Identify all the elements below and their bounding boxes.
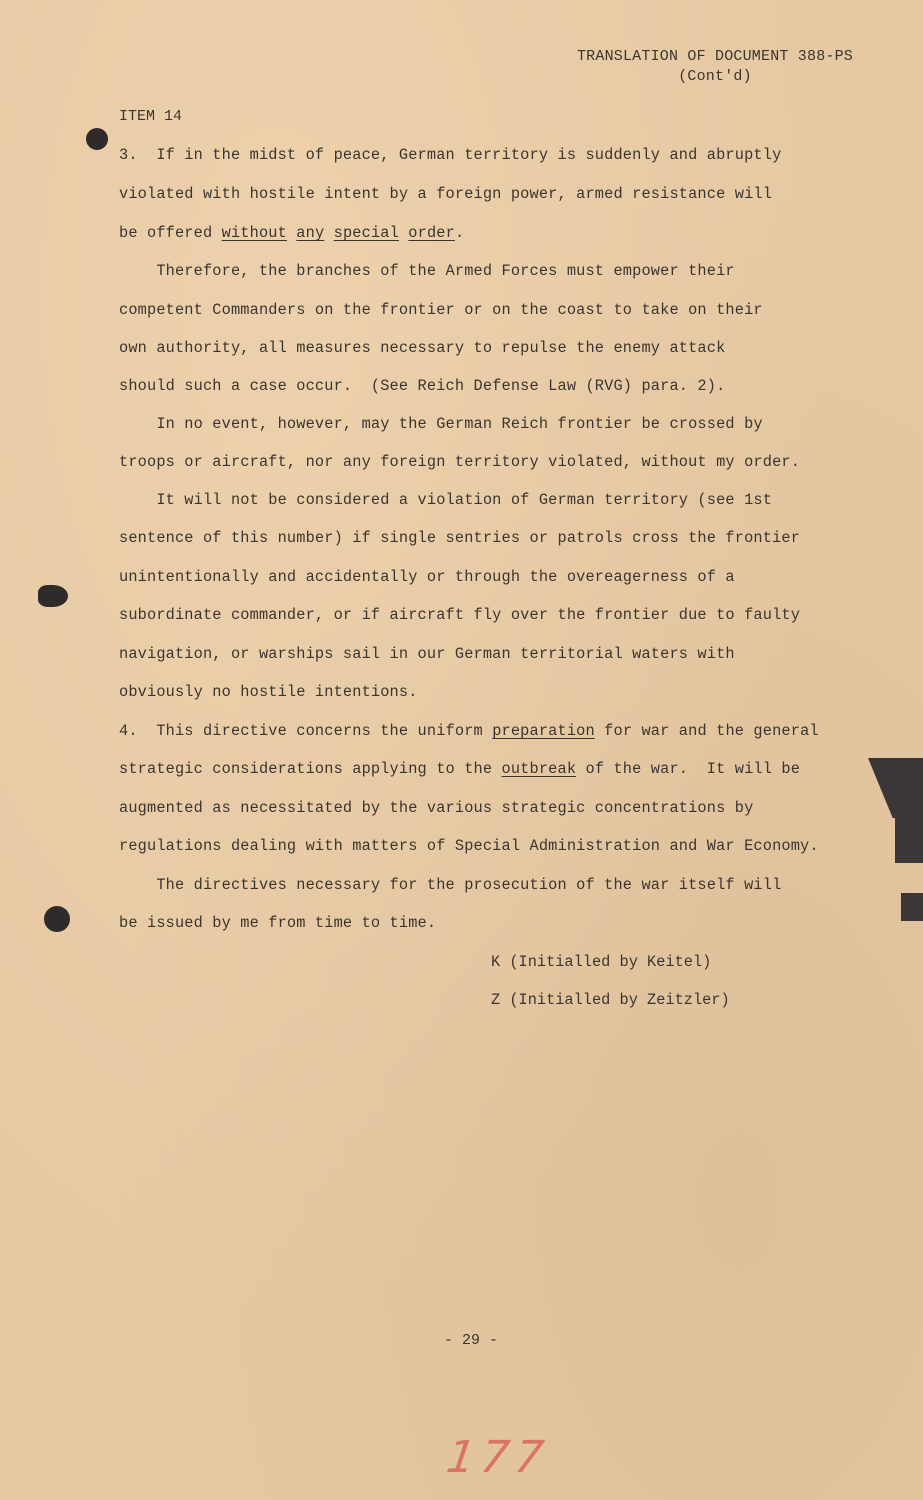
text-line: violated with hostile intent by a foreig… (119, 185, 772, 203)
text-line: be offered without any special order. (119, 224, 464, 242)
text-fragment: be offered (119, 224, 222, 242)
text-line: subordinate commander, or if aircraft fl… (119, 606, 800, 624)
torn-edge-icon (901, 893, 923, 921)
text-line: strategic considerations applying to the… (119, 760, 800, 778)
torn-edge-icon (895, 818, 923, 863)
text-line: own authority, all measures necessary to… (119, 339, 725, 357)
torn-edge-icon (868, 758, 923, 818)
text-fragment: for war and the general (595, 722, 819, 740)
underlined-word: any (296, 224, 324, 242)
underlined-word: special (334, 224, 399, 242)
period: . (455, 224, 464, 242)
text-fragment: strategic considerations applying to the (119, 760, 502, 778)
item-label: ITEM 14 (119, 108, 182, 125)
underlined-word: order (408, 224, 455, 242)
text-line: 4. This directive concerns the uniform p… (119, 722, 819, 740)
document-header: TRANSLATION OF DOCUMENT 388-PS (Cont'd) (560, 47, 870, 87)
underlined-word: without (222, 224, 287, 242)
stamp-number: 177 (443, 1432, 552, 1483)
punch-hole-icon (86, 128, 108, 150)
page-number: - 29 - (444, 1332, 498, 1349)
text-line: Therefore, the branches of the Armed For… (119, 262, 735, 280)
text-line: troops or aircraft, nor any foreign terr… (119, 453, 800, 471)
text-line: The directives necessary for the prosecu… (119, 876, 781, 894)
text-line: obviously no hostile intentions. (119, 683, 418, 701)
underlined-word: outbreak (502, 760, 577, 778)
text-fragment: 4. This directive concerns the uniform (119, 722, 492, 740)
punch-hole-icon (44, 906, 70, 932)
text-line: should such a case occur. (See Reich Def… (119, 377, 725, 395)
text-line: In no event, however, may the German Rei… (119, 415, 763, 433)
text-line: 3. If in the midst of peace, German terr… (119, 146, 781, 164)
signature-keitel: K (Initialled by Keitel) (491, 953, 711, 971)
text-line: regulations dealing with matters of Spec… (119, 837, 819, 855)
punch-hole-icon (38, 585, 68, 607)
text-line: sentence of this number) if single sentr… (119, 529, 800, 547)
text-line: It will not be considered a violation of… (119, 491, 772, 509)
text-fragment: of the war. It will be (576, 760, 800, 778)
signature-zeitzler: Z (Initialled by Zeitzler) (491, 991, 730, 1009)
text-line: be issued by me from time to time. (119, 914, 436, 932)
underlined-word: preparation (492, 722, 595, 740)
text-line: competent Commanders on the frontier or … (119, 301, 763, 319)
document-subtitle: (Cont'd) (560, 67, 870, 87)
text-line: navigation, or warships sail in our Germ… (119, 645, 735, 663)
document-title: TRANSLATION OF DOCUMENT 388-PS (560, 47, 870, 67)
text-line: unintentionally and accidentally or thro… (119, 568, 735, 586)
text-line: augmented as necessitated by the various… (119, 799, 753, 817)
